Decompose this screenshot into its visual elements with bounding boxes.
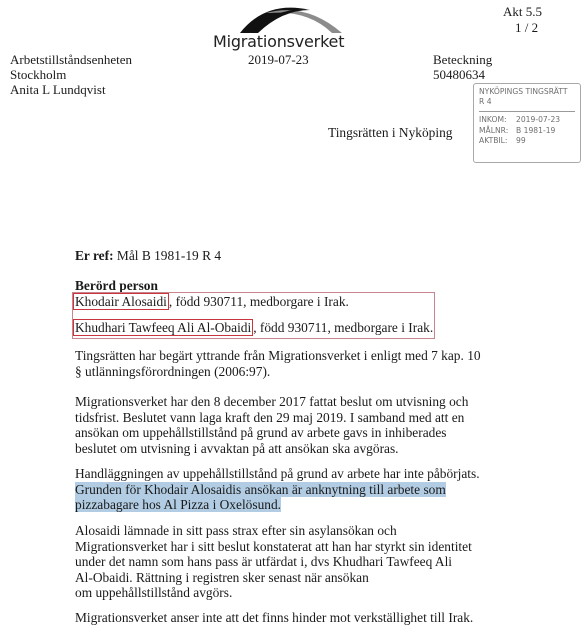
- paragraph-identity: Alosaidi lämnade in sitt pass strax efte…: [75, 523, 475, 601]
- person-name-annotated: Khudhari Tawfeeq Ali Al-Obaidi: [73, 319, 253, 336]
- text-line: om uppehållstillstånd avgörs.: [75, 585, 475, 601]
- stamp-row-value: B 1981-19: [516, 126, 555, 137]
- text-line: Alosaidi lämnade in sitt pass strax efte…: [75, 523, 475, 539]
- text-line: under det namn som hans pass är utfärdat…: [75, 554, 475, 570]
- recipient: Tingsrätten i Nyköping: [328, 125, 453, 141]
- text-line: § utlänningsförordningen (2006:97).: [75, 364, 475, 380]
- page-number: 1 / 2: [515, 20, 538, 36]
- beteckning-block: Beteckning 50480634: [433, 52, 492, 82]
- text-line: Migrationsverket har i sitt beslut konst…: [75, 539, 475, 555]
- person-details: , född 930711, medborgare i Irak.: [253, 320, 433, 335]
- beteckning-label: Beteckning: [433, 52, 492, 67]
- agency-logo-name: Migrationsverket: [213, 32, 344, 51]
- person-details: , född 930711, medborgare i Irak.: [169, 294, 349, 309]
- stamp-row-key: INKOM:: [479, 115, 516, 126]
- stamp-court-name: NYKÖPINGS TINGSRÄTT: [479, 87, 575, 97]
- text-line: tidsfrist. Beslutet vann laga kraft den …: [75, 410, 475, 426]
- stamp-row: INKOM: 2019-07-23: [479, 115, 575, 126]
- migrationsverket-logo-arc-icon: [236, 4, 346, 34]
- stamp-row: MÅLNR: B 1981-19: [479, 126, 575, 137]
- paragraph-processing: Handläggningen av uppehållstillstånd på …: [75, 466, 475, 513]
- highlighted-text: pizzabagare hos Al Pizza i Oxelösund.: [75, 497, 281, 512]
- sender-unit: Arbetstillståndsenheten: [10, 52, 132, 67]
- person-line: Khudhari Tawfeeq Ali Al-Obaidi, född 930…: [75, 320, 433, 336]
- text-line: ansökan om uppehållstillstånd på grund a…: [75, 425, 475, 441]
- text-line: Al-Obaidi. Rättning i registren sker sen…: [75, 570, 475, 586]
- highlighted-line-wrap: Grunden för Khodair Alosaidis ansökan är…: [75, 482, 475, 498]
- paragraph-request: Tingsrätten har begärt yttrande från Mig…: [75, 348, 475, 379]
- stamp-row: AKTBIL: 99: [479, 136, 575, 147]
- stamp-row-key: MÅLNR:: [479, 126, 516, 137]
- reference-label: Er ref:: [75, 248, 114, 263]
- person-line: Khodair Alosaidi, född 930711, medborgar…: [75, 294, 349, 310]
- sender-city: Stockholm: [10, 67, 132, 82]
- sender-handler: Anita L Lundqvist: [10, 82, 132, 97]
- paragraph-conclusion: Migrationsverket anser inte att det finn…: [75, 610, 475, 626]
- highlighted-text: Grunden för Khodair Alosaidis ansökan är…: [75, 482, 446, 497]
- beteckning-value: 50480634: [433, 67, 492, 82]
- court-received-stamp: NYKÖPINGS TINGSRÄTT R 4 INKOM: 2019-07-2…: [473, 83, 581, 163]
- stamp-row-key: AKTBIL:: [479, 136, 516, 147]
- document-date: 2019-07-23: [248, 52, 309, 68]
- stamp-row-value: 2019-07-23: [516, 115, 560, 126]
- akt-number: Akt 5.5: [503, 4, 542, 20]
- text-line: Tingsrätten har begärt yttrande från Mig…: [75, 348, 475, 364]
- text-line: beslutet om utvisning i avvaktan på att …: [75, 441, 475, 457]
- reference-line: Er ref: Mål B 1981-19 R 4: [75, 248, 221, 264]
- reference-value: Mål B 1981-19 R 4: [117, 248, 221, 263]
- text-line: Migrationsverket anser inte att det finn…: [75, 610, 475, 626]
- stamp-divider: [479, 111, 575, 112]
- highlighted-line-wrap: pizzabagare hos Al Pizza i Oxelösund.: [75, 497, 475, 513]
- sender-block: Arbetstillståndsenheten Stockholm Anita …: [10, 52, 132, 97]
- stamp-row-value: 99: [516, 136, 526, 147]
- stamp-division: R 4: [479, 97, 575, 107]
- paragraph-decision: Migrationsverket har den 8 december 2017…: [75, 394, 475, 456]
- text-line: Migrationsverket har den 8 december 2017…: [75, 394, 475, 410]
- text-line: Handläggningen av uppehållstillstånd på …: [75, 466, 475, 482]
- person-name-annotated: Khodair Alosaidi: [73, 293, 169, 310]
